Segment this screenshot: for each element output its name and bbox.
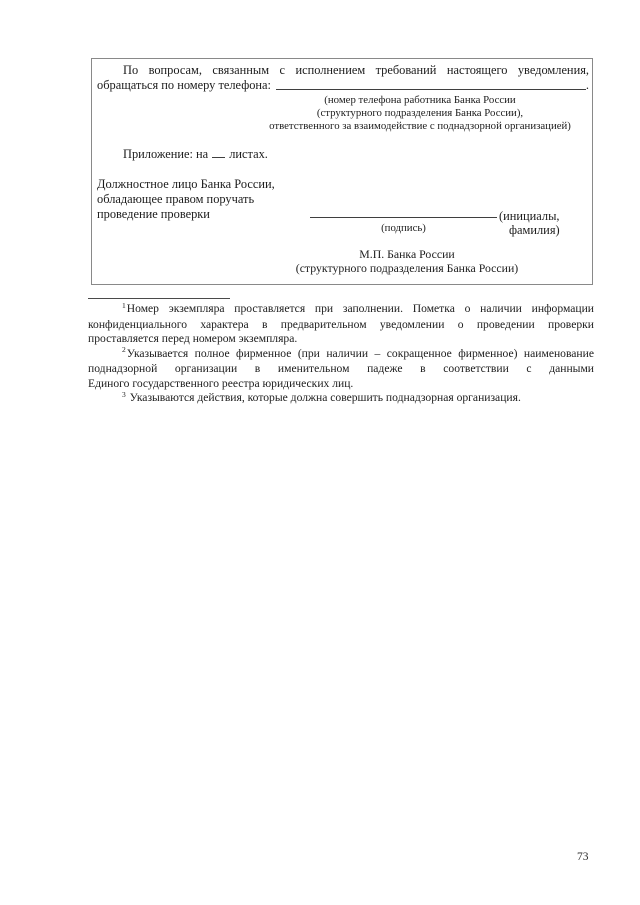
footnote-1-line: проставляется перед номером экземпляра. xyxy=(88,332,594,347)
footnote-text: Указываются действия, которые должна сов… xyxy=(127,391,521,404)
official-line: Должностное лицо Банка России, xyxy=(97,177,327,192)
attachment-suffix: листах. xyxy=(229,147,268,161)
signature-caption: (подпись) xyxy=(310,222,497,235)
phone-hint-line: (структурного подразделения Банка России… xyxy=(250,107,590,120)
document-page: По вопросам, связанным с исполнением тре… xyxy=(0,0,640,905)
official-line: обладающее правом поручать xyxy=(97,192,327,207)
footnote-3-line: 3 Указываются действия, которые должна с… xyxy=(88,391,594,407)
footnote-2-line: Единого государственного реестра юридиче… xyxy=(88,377,594,392)
footnote-2-line: поднадзорной организации в именительном … xyxy=(88,362,594,377)
attachment-line: Приложение: налистах. xyxy=(97,147,268,161)
footnote-text: Номер экземпляра проставляется при запол… xyxy=(127,302,594,315)
phone-hint-line: ответственного за взаимодействие с подна… xyxy=(250,120,590,133)
seal-block: М.П. Банка России (структурного подразде… xyxy=(257,247,557,275)
initials-label-line1: (инициалы, xyxy=(499,209,560,223)
official-block: Должностное лицо Банка России, обладающе… xyxy=(97,177,327,222)
footnote-1-line: 1Номер экземпляра проставляется при запо… xyxy=(88,302,594,318)
phone-label: обращаться по номеру телефона: xyxy=(97,78,271,92)
footnotes-block: 1Номер экземпляра проставляется при запо… xyxy=(88,302,594,407)
notice-paragraph-line2: обращаться по номеру телефона: . xyxy=(97,78,589,92)
phone-hint-line: (номер телефона работника Банка России xyxy=(250,94,590,107)
footnote-2-line: 2Указывается полное фирменное (при налич… xyxy=(88,347,594,363)
phone-number-blank-field xyxy=(276,79,586,90)
line2-period: . xyxy=(586,78,589,92)
page-number: 73 xyxy=(577,851,589,863)
sheets-count-blank-field xyxy=(212,148,225,158)
footnote-2-marker: 2 xyxy=(122,347,126,355)
footnote-3-marker: 3 xyxy=(122,391,126,399)
footnote-separator xyxy=(88,298,230,299)
footnote-1-line: конфиденциального характера в предварите… xyxy=(88,318,594,333)
footnote-text: Указывается полное фирменное (при наличи… xyxy=(127,347,594,360)
official-line: проведение проверки xyxy=(97,207,327,222)
notice-paragraph-line1: По вопросам, связанным с исполнением тре… xyxy=(97,63,589,77)
notice-box: По вопросам, связанным с исполнением тре… xyxy=(91,58,593,285)
attachment-prefix: Приложение: на xyxy=(123,147,208,161)
initials-label-line2: фамилия) xyxy=(509,223,560,237)
phone-hint-block: (номер телефона работника Банка России (… xyxy=(250,94,590,133)
seal-line: (структурного подразделения Банка России… xyxy=(257,261,557,275)
seal-line: М.П. Банка России xyxy=(257,247,557,261)
footnote-1-marker: 1 xyxy=(122,302,126,310)
signature-blank-field xyxy=(310,207,497,218)
